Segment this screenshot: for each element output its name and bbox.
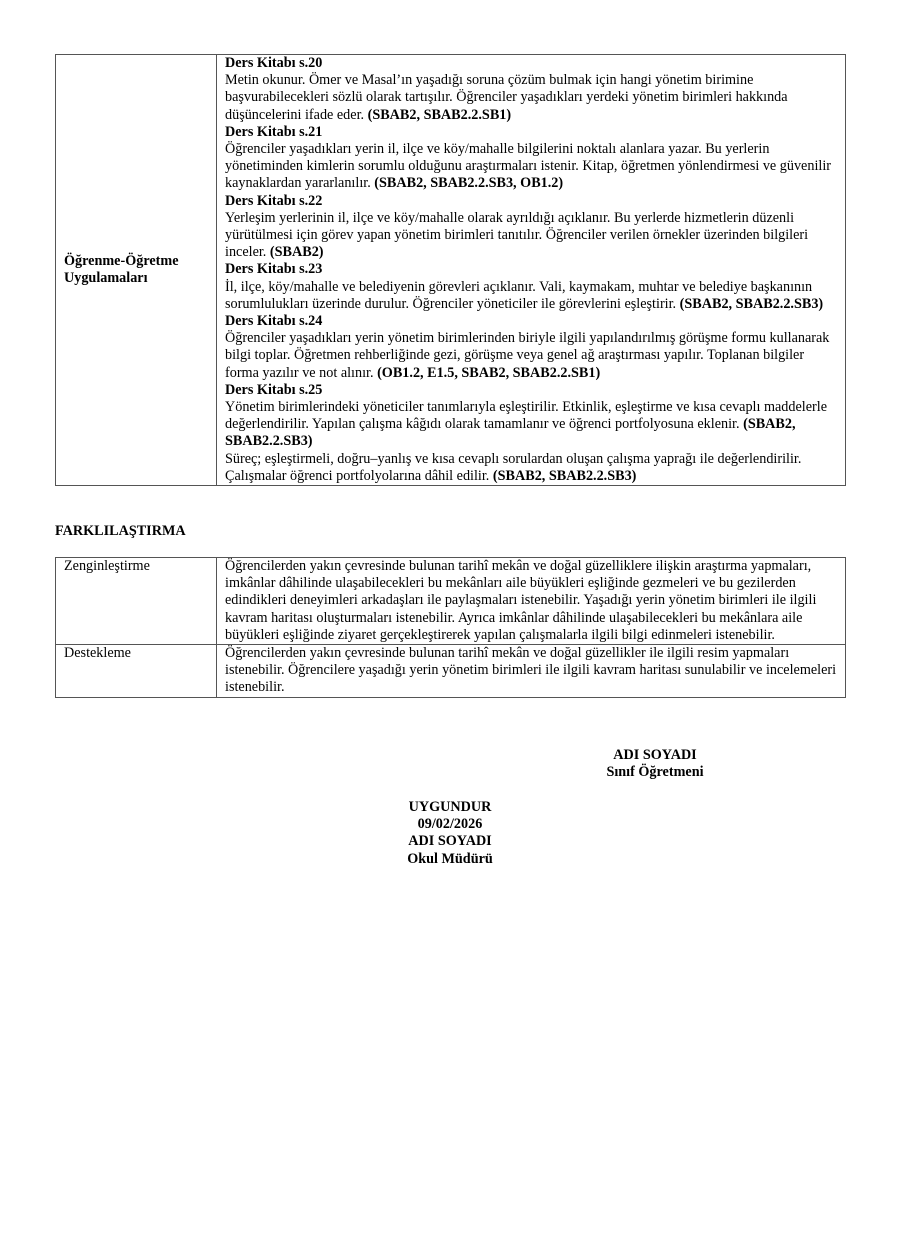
- zenginlestirme-label: Zenginleştirme: [56, 558, 217, 645]
- section-s25: Ders Kitabı s.25 Yönetim birimlerindeki …: [225, 382, 837, 451]
- section-s23: Ders Kitabı s.23 İl, ilçe, köy/mahalle v…: [225, 261, 837, 313]
- section-heading: Ders Kitabı s.24: [225, 313, 837, 330]
- section-closing: Süreç; eşleştirmeli, doğru–yanlış ve kıs…: [225, 451, 837, 485]
- closing-codes: (SBAB2, SBAB2.2.SB3): [493, 468, 637, 484]
- section-codes: (SBAB2, SBAB2.2.SB3): [680, 296, 824, 312]
- section-codes: (SBAB2): [270, 244, 324, 260]
- section-heading: Ders Kitabı s.25: [225, 382, 837, 399]
- destekleme-text: Öğrencilerden yakın çevresinde bulunan t…: [217, 645, 846, 698]
- ogrenme-ogretme-label: Öğrenme-Öğretme Uygulamaları: [56, 55, 217, 486]
- table-row: Destekleme Öğrencilerden yakın çevresind…: [56, 645, 846, 698]
- farklilastirma-table: Zenginleştirme Öğrencilerden yakın çevre…: [55, 557, 846, 698]
- section-s22: Ders Kitabı s.22 Yerleşim yerlerinin il,…: [225, 193, 837, 262]
- zenginlestirme-text: Öğrencilerden yakın çevresinde bulunan t…: [217, 558, 846, 645]
- approval-label: UYGUNDUR: [355, 799, 545, 816]
- farklilastirma-title: FARKLILAŞTIRMA: [55, 523, 186, 540]
- section-s24: Ders Kitabı s.24 Öğrenciler yaşadıkları …: [225, 313, 837, 382]
- section-heading: Ders Kitabı s.20: [225, 55, 837, 72]
- principal-name: ADI SOYADI: [355, 833, 545, 850]
- section-text: Yönetim birimlerindeki yöneticiler tanım…: [225, 399, 827, 432]
- table-row: Öğrenme-Öğretme Uygulamaları Ders Kitabı…: [56, 55, 846, 486]
- table-row: Zenginleştirme Öğrencilerden yakın çevre…: [56, 558, 846, 645]
- principal-title: Okul Müdürü: [355, 851, 545, 868]
- ogrenme-ogretme-table: Öğrenme-Öğretme Uygulamaları Ders Kitabı…: [55, 54, 846, 486]
- section-heading: Ders Kitabı s.22: [225, 193, 837, 210]
- approval-date: 09/02/2026: [355, 816, 545, 833]
- destekleme-label: Destekleme: [56, 645, 217, 698]
- section-codes: (SBAB2, SBAB2.2.SB1): [368, 107, 512, 123]
- section-codes: (OB1.2, E1.5, SBAB2, SBAB2.2.SB1): [377, 365, 600, 381]
- section-codes: (SBAB2, SBAB2.2.SB3, OB1.2): [374, 175, 563, 191]
- teacher-signature: ADI SOYADI Sınıf Öğretmeni: [560, 747, 750, 781]
- ogrenme-ogretme-content: Ders Kitabı s.20 Metin okunur. Ömer ve M…: [217, 55, 846, 486]
- principal-signature: UYGUNDUR 09/02/2026 ADI SOYADI Okul Müdü…: [355, 799, 545, 868]
- section-heading: Ders Kitabı s.21: [225, 124, 837, 141]
- teacher-name: ADI SOYADI: [560, 747, 750, 764]
- section-heading: Ders Kitabı s.23: [225, 261, 837, 278]
- section-s20: Ders Kitabı s.20 Metin okunur. Ömer ve M…: [225, 55, 837, 124]
- section-s21: Ders Kitabı s.21 Öğrenciler yaşadıkları …: [225, 124, 837, 193]
- teacher-title: Sınıf Öğretmeni: [560, 764, 750, 781]
